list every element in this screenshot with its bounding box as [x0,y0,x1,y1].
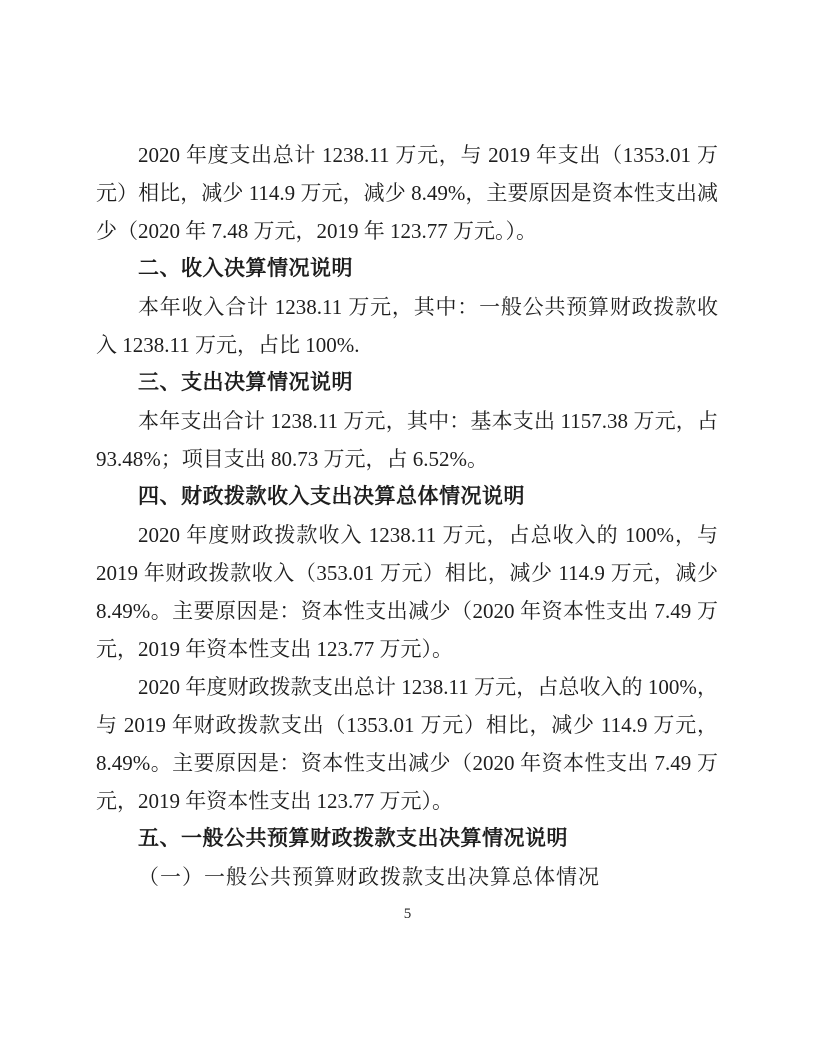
body-paragraph: 2020 年度财政拨款支出总计 1238.11 万元，占总收入的 100%，与 … [96,668,718,820]
document-page: 2020 年度支出总计 1238.11 万元，与 2019 年支出（1353.0… [0,0,815,1055]
body-paragraph: 本年收入合计 1238.11 万元，其中：一般公共预算财政拨款收入 1238.1… [96,288,718,364]
page-number: 5 [0,906,815,923]
body-paragraph: 2020 年度支出总计 1238.11 万元，与 2019 年支出（1353.0… [96,136,718,250]
section-heading: 四、财政拨款收入支出决算总体情况说明 [96,478,718,516]
document-body: 2020 年度支出总计 1238.11 万元，与 2019 年支出（1353.0… [96,136,718,896]
section-heading: 二、收入决算情况说明 [96,250,718,288]
subsection-heading: （一）一般公共预算财政拨款支出决算总体情况 [96,858,718,896]
body-paragraph: 本年支出合计 1238.11 万元，其中：基本支出 1157.38 万元，占 9… [96,402,718,478]
section-heading: 五、一般公共预算财政拨款支出决算情况说明 [96,820,718,858]
body-paragraph: 2020 年度财政拨款收入 1238.11 万元，占总收入的 100%，与 20… [96,516,718,668]
section-heading: 三、支出决算情况说明 [96,364,718,402]
